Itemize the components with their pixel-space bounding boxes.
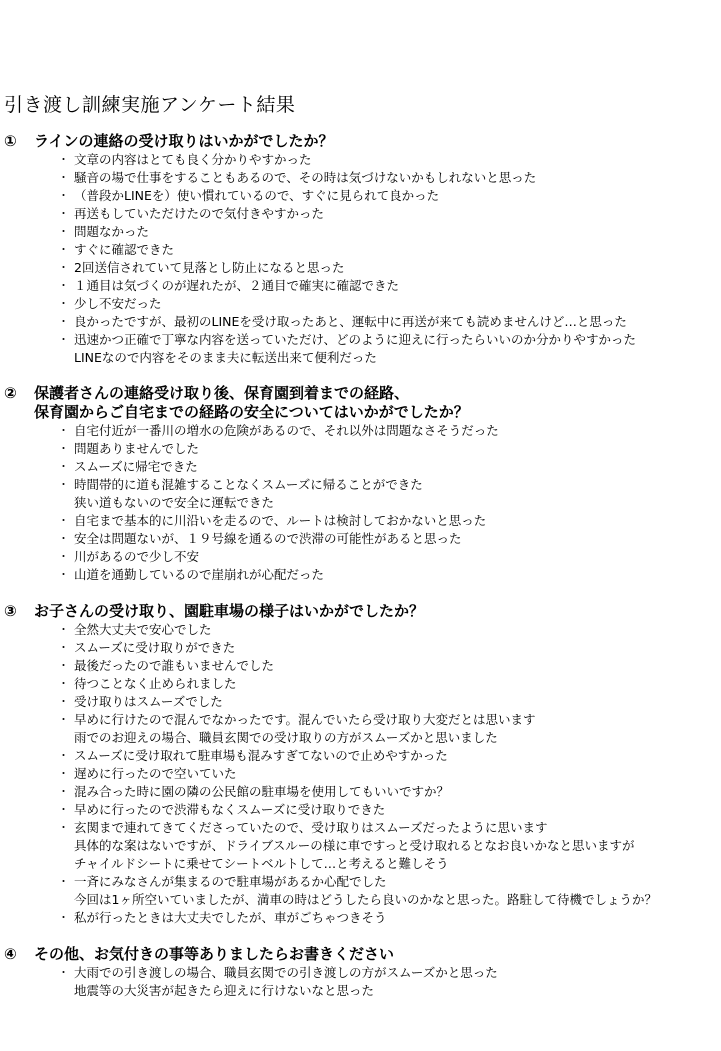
answer-item: 早めに行けたので混んでなかったです。混んでいたら受け取り大変だとは思います 雨で… bbox=[60, 711, 721, 747]
answer-item: 問題ありませんでした bbox=[60, 440, 721, 458]
answer-item: 騒音の場で仕事をすることもあるので、その時は気づけないかもしれないと思った bbox=[60, 169, 721, 187]
question-text: お子さんの受け取り、園駐車場の様子はいかがでしたか？ bbox=[34, 602, 424, 621]
answer-list: 大雨での引き渡しの場合、職員玄関での引き渡しの方がスムーズかと思った 地震等の大… bbox=[0, 964, 721, 1000]
answer-item: 自宅まで基本的に川沿いを走るので、ルートは検討しておかないと思った bbox=[60, 512, 721, 530]
question-heading: ① ラインの連絡の受け取りはいかがでしたか？ bbox=[0, 132, 721, 151]
answer-list: 自宅付近が一番川の増水の危険があるので、それ以外は問題なさそうだった 問題ありま… bbox=[0, 422, 721, 584]
section-q3: ③ お子さんの受け取り、園駐車場の様子はいかがでしたか？ 全然大丈夫で安心でした… bbox=[0, 602, 721, 927]
answer-item: 玄関まで連れてきてくださっていたので、受け取りはスムーズだったように思います 具… bbox=[60, 819, 721, 873]
question-number: ② bbox=[0, 384, 34, 422]
answer-item: 文章の内容はとても良く分かりやすかった bbox=[60, 151, 721, 169]
answer-item: 遅めに行ったので空いていた bbox=[60, 765, 721, 783]
answer-list: 文章の内容はとても良く分かりやすかった 騒音の場で仕事をすることもあるので、その… bbox=[0, 151, 721, 367]
answer-item: １通目は気づくのが遅れたが、２通目で確実に確認できた bbox=[60, 277, 721, 295]
answer-item: 待つことなく止められました bbox=[60, 675, 721, 693]
answer-list: 全然大丈夫で安心でした スムーズに受け取りができた 最後だったので誰もいませんで… bbox=[0, 621, 721, 927]
answer-item: スムーズに受け取りができた bbox=[60, 639, 721, 657]
answer-item: 川があるので少し不安 bbox=[60, 548, 721, 566]
answer-item: 迅速かつ正確で丁寧な内容を送っていただけ、どのように迎えに行ったらいいのか分かり… bbox=[60, 331, 721, 367]
question-number: ① bbox=[0, 132, 34, 151]
answer-item: 良かったですが、最初のLINEを受け取ったあと、運転中に再送が来ても読めませんけ… bbox=[60, 313, 721, 331]
answer-item: 2回送信されていて見落とし防止になると思った bbox=[60, 259, 721, 277]
section-q4: ④ その他、お気付きの事等ありましたらお書きください 大雨での引き渡しの場合、職… bbox=[0, 945, 721, 1000]
answer-item: 少し不安だった bbox=[60, 295, 721, 313]
answer-item: スムーズに帰宅できた bbox=[60, 458, 721, 476]
answer-item: スムーズに受け取れて駐車場も混みすぎてないので止めやすかった bbox=[60, 747, 721, 765]
answer-item: 時間帯的に道も混雑することなくスムーズに帰ることができた 狭い道もないので安全に… bbox=[60, 476, 721, 512]
answer-item: すぐに確認できた bbox=[60, 241, 721, 259]
answer-item: 大雨での引き渡しの場合、職員玄関での引き渡しの方がスムーズかと思った 地震等の大… bbox=[60, 964, 721, 1000]
answer-item: （普段かLINEを）使い慣れているので、すぐに見られて良かった bbox=[60, 187, 721, 205]
answer-item: 全然大丈夫で安心でした bbox=[60, 621, 721, 639]
answer-item: 一斉にみなさんが集まるので駐車場があるか心配でした 今回は1ヶ所空いていましたが… bbox=[60, 873, 721, 909]
answer-item: 自宅付近が一番川の増水の危険があるので、それ以外は問題なさそうだった bbox=[60, 422, 721, 440]
answer-item: 安全は問題ないが、１９号線を通るので渋滞の可能性があると思った bbox=[60, 530, 721, 548]
question-number: ③ bbox=[0, 602, 34, 621]
answer-item: 問題なかった bbox=[60, 223, 721, 241]
question-heading: ② 保護者さんの連絡受け取り後、保育園到着までの経路、 保育園からご自宅までの経… bbox=[0, 384, 721, 422]
answer-item: 再送もしていただけたので気付きやすかった bbox=[60, 205, 721, 223]
section-q2: ② 保護者さんの連絡受け取り後、保育園到着までの経路、 保育園からご自宅までの経… bbox=[0, 384, 721, 584]
question-text: 保護者さんの連絡受け取り後、保育園到着までの経路、 保育園からご自宅までの経路の… bbox=[34, 384, 469, 422]
answer-item: 早めに行ったので渋滞もなくスムーズに受け取りできた bbox=[60, 801, 721, 819]
answer-item: 受け取りはスムーズでした bbox=[60, 693, 721, 711]
answer-item: 私が行ったときは大丈夫でしたが、車がごちゃつきそう bbox=[60, 909, 721, 927]
section-q1: ① ラインの連絡の受け取りはいかがでしたか？ 文章の内容はとても良く分かりやすか… bbox=[0, 132, 721, 367]
question-text: その他、お気付きの事等ありましたらお書きください bbox=[34, 945, 394, 964]
answer-item: 混み合った時に園の隣の公民館の駐車場を使用してもいいですか？ bbox=[60, 783, 721, 801]
question-number: ④ bbox=[0, 945, 34, 964]
answer-item: 山道を通勤しているので崖崩れが心配だった bbox=[60, 566, 721, 584]
question-heading: ④ その他、お気付きの事等ありましたらお書きください bbox=[0, 945, 721, 964]
question-text: ラインの連絡の受け取りはいかがでしたか？ bbox=[34, 132, 334, 151]
answer-item: 最後だったので誰もいませんでした bbox=[60, 657, 721, 675]
document-title: 引き渡し訓練実施アンケート結果 bbox=[4, 90, 295, 117]
question-heading: ③ お子さんの受け取り、園駐車場の様子はいかがでしたか？ bbox=[0, 602, 721, 621]
